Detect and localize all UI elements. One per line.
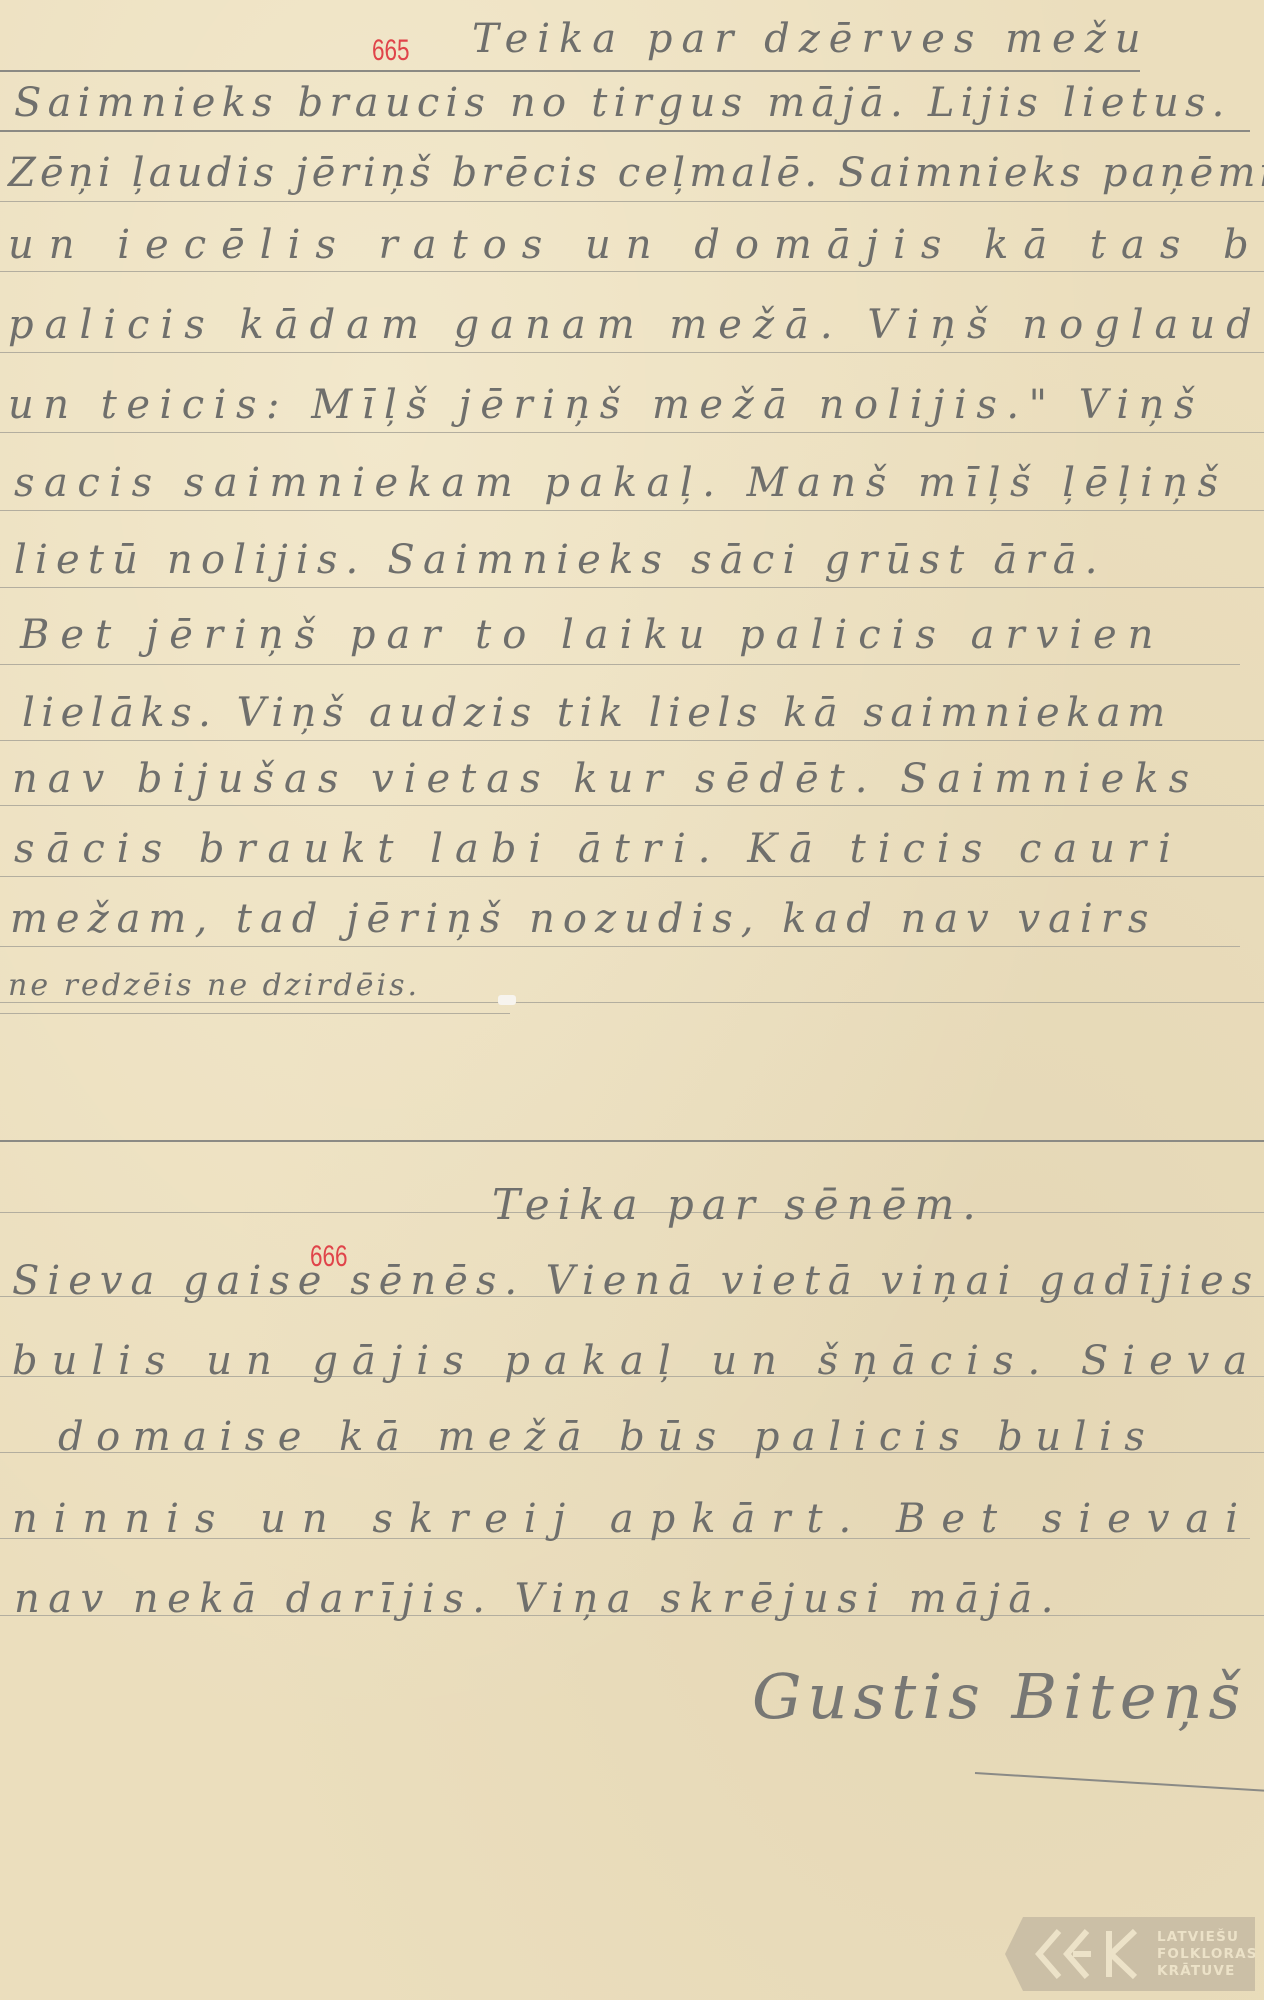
text-line: sācis braukt labi ātri. Kā ticis cauri: [14, 826, 1183, 872]
text-line: ninnis un skreij apkārt. Bet sievai: [12, 1496, 1254, 1542]
logo-line: LATVIEŠU: [1157, 1929, 1251, 1946]
text-line: Saimnieks braucis no tirgus mājā. Lijis …: [14, 80, 1231, 126]
text-line: Sieva gaise sēnēs. Vienā vietā viņai gad…: [12, 1258, 1260, 1304]
ruled-line: [0, 876, 1264, 877]
ruled-line: [0, 664, 1240, 665]
text-line: mežam, tad jēriņš nozudis, kad nav vairs: [10, 896, 1156, 942]
ruled-line: [0, 510, 1264, 511]
text-line: bulis un gājis pakaļ un šņācis. Sieva: [12, 1338, 1261, 1384]
ruled-line: [0, 946, 1240, 947]
archive-logo: LATVIEŠU FOLKLORAS KRĀTUVE: [1005, 1917, 1255, 1991]
text-line: sacis saimniekam pakaļ. Manš mīļš ļēļiņš: [14, 460, 1228, 506]
tale-title: Teika par dzērves mežu: [472, 16, 1150, 62]
text-line: lielāks. Viņš audzis tik liels kā saimni…: [22, 690, 1172, 736]
ruled-line: [0, 587, 1264, 588]
ruled-line: [0, 1013, 510, 1014]
ruled-line: [0, 432, 1264, 433]
ruled-line: [0, 271, 1264, 272]
text-line: lietū nolijis. Saimnieks sāci grūst ārā.: [14, 537, 1106, 583]
text-line: Bet jēriņš par to laiku palicis arvien: [20, 612, 1164, 658]
author-signature: Gustis Biteņš: [752, 1660, 1246, 1733]
text-line: nav bijušas vietas kur sēdēt. Saimnieks: [12, 756, 1199, 802]
ruled-line: [0, 130, 1250, 132]
text-line: nav nekā darījis. Viņa skrējusi mājā.: [14, 1576, 1062, 1622]
ruled-line: [0, 805, 1264, 806]
text-line: un teicis: Mīļš jēriņš mežā nolijis." Vi…: [8, 382, 1204, 428]
lfk-logo-icon: [1031, 1927, 1141, 1981]
logo-text: LATVIEŠU FOLKLORAS KRĀTUVE: [1157, 1929, 1251, 1980]
logo-line: FOLKLORAS: [1157, 1946, 1251, 1963]
ruled-line: [0, 352, 1264, 353]
logo-line: KRĀTUVE: [1157, 1963, 1251, 1980]
text-line: ne redzēis ne dzirdēis.: [8, 968, 420, 1003]
manuscript-page: 665 Teika par dzērves mežu Saimnieks bra…: [0, 0, 1264, 2000]
ruled-line: [0, 740, 1264, 741]
section-separator-line: [0, 1140, 1264, 1142]
tale-number: 665: [372, 34, 410, 68]
paper-damage: [498, 995, 516, 1005]
text-line: domaise kā mežā būs palicis bulis: [58, 1414, 1157, 1460]
text-line: un iecēlis ratos un domājis kā tas būs: [8, 222, 1264, 268]
text-line: Zēņi ļaudis jēriņš brēcis ceļmalē. Saimn…: [8, 150, 1264, 196]
ruled-line: [0, 201, 1264, 202]
tale-title: Teika par sēnēm.: [492, 1180, 984, 1229]
text-line: palicis kādam ganam mežā. Viņš noglaudīj…: [8, 302, 1264, 348]
ruled-line: [0, 70, 1140, 72]
signature-flourish: [975, 1772, 1264, 1792]
